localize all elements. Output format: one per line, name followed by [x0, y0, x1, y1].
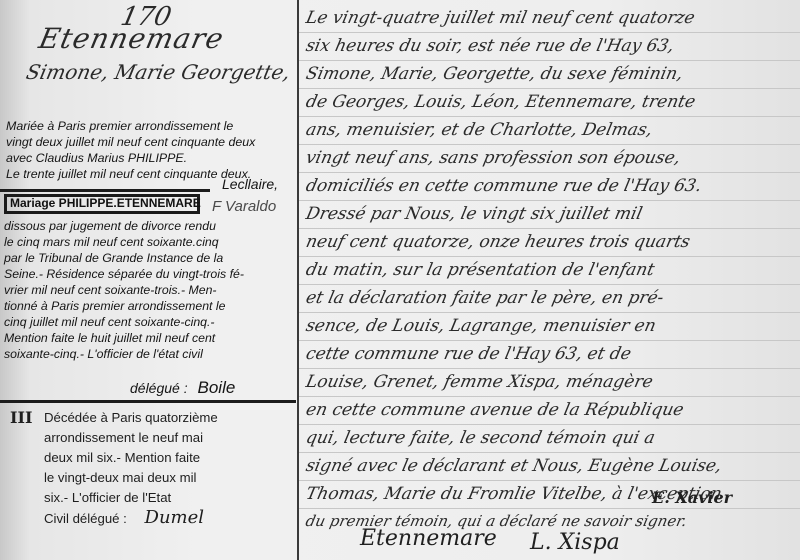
act-line: du matin, sur la présentation de l'enfan… — [304, 260, 656, 280]
act-line: Le vingt-quatre juillet mil neuf cent qu… — [304, 8, 697, 28]
given-names: Simone, Marie Georgette, — [24, 60, 293, 84]
act-line: signé avec le déclarant et Nous, Eugène … — [304, 456, 724, 476]
death-note-line: Décédée à Paris quatorzième — [44, 408, 218, 428]
act-line: ans, menuisier, et de Charlotte, Delmas, — [304, 120, 654, 140]
divorce-note-line: cinq juillet mil neuf cent soixante-cinq… — [4, 314, 244, 330]
officer-signature: Boile — [198, 378, 236, 397]
divorce-note-line: Seine.- Résidence séparée du vingt-trois… — [4, 266, 244, 282]
act-line: Simone, Marie, Georgette, du sexe fémini… — [304, 64, 685, 84]
surname-heading: Etennemare — [36, 22, 227, 55]
act-line: cette commune rue de l'Hay 63, et de — [304, 344, 633, 364]
death-note: Décédée à Paris quatorzième arrondisseme… — [44, 408, 218, 529]
death-note-number: III — [10, 408, 32, 427]
divorce-note-line: Mention faite le huit juillet mil neuf c… — [4, 330, 244, 346]
act-body: Le vingt-quatre juillet mil neuf cent qu… — [300, 0, 800, 560]
act-line: neuf cent quatorze, onze heures trois qu… — [304, 232, 692, 252]
death-note-signature: Dumel — [145, 507, 205, 528]
act-line: Louise, Grenet, femme Xispa, ménagère — [304, 372, 655, 392]
act-line: domiciliés en cette commune rue de l'Hay… — [304, 176, 703, 196]
signature-label: délégué : — [130, 380, 188, 396]
divorce-note-line: par le Tribunal de Grande Instance de la — [4, 250, 244, 266]
divorce-note-signature-block: délégué : Boile — [130, 378, 235, 398]
divorce-note-line: tionné à Paris premier arrondissement le — [4, 298, 244, 314]
act-line: et la déclaration faite par le père, en … — [304, 288, 665, 308]
divorce-note-line: soixante-cinq.- L'officier de l'état civ… — [4, 346, 244, 362]
marriage-note: Mariée à Paris premier arrondissement le… — [6, 118, 255, 182]
death-note-line: arrondissement le neuf mai — [44, 428, 218, 448]
divorce-note-line: le cinq mars mil neuf cent soixante.cinq — [4, 234, 244, 250]
column-divider — [297, 0, 299, 560]
declarant-signature: Etennemare — [360, 526, 497, 551]
divorce-header: Mariage PHILIPPE.ETENNEMARE — [10, 196, 201, 210]
marriage-note-line: avec Claudius Marius PHILIPPE. — [6, 150, 255, 166]
marriage-note-signature: Lecllaire, — [222, 176, 278, 192]
marriage-note-line: Le trente juillet mil neuf cent cinquant… — [6, 166, 255, 182]
marriage-note-signature-2: F Varaldo — [212, 198, 276, 215]
marriage-note-line: Mariée à Paris premier arrondissement le — [6, 118, 255, 134]
officer-signature: E. Xavier — [652, 488, 732, 507]
section-rule — [0, 400, 296, 403]
act-line: vingt neuf ans, sans profession son épou… — [304, 148, 682, 168]
act-line: de Georges, Louis, Léon, Etennemare, tre… — [304, 92, 697, 112]
death-note-line: Civil délégué : — [44, 511, 127, 526]
act-line: sence, de Louis, Lagrange, menuisier en — [304, 316, 658, 336]
death-note-line: deux mil six.- Mention faite — [44, 448, 218, 468]
margin-column: 170 Etennemare Simone, Marie Georgette, … — [0, 0, 296, 560]
registry-page: 170 Etennemare Simone, Marie Georgette, … — [0, 0, 800, 560]
section-rule — [0, 189, 210, 192]
divorce-note: dissous par jugement de divorce rendu le… — [4, 218, 244, 362]
divorce-note-line: vrier mil neuf cent soixante-trois.- Men… — [4, 282, 244, 298]
witness-signature: L. Xispa — [530, 530, 620, 555]
act-line: qui, lecture faite, le second témoin qui… — [304, 428, 657, 448]
act-line: en cette commune avenue de la République — [304, 400, 686, 420]
act-line: six heures du soir, est née rue de l'Hay… — [304, 36, 676, 56]
death-note-line: le vingt-deux mai deux mil — [44, 468, 218, 488]
death-note-line: six.- L'officier de l'Etat — [44, 488, 218, 508]
act-line: Dressé par Nous, le vingt six juillet mi… — [304, 204, 644, 224]
marriage-note-line: vingt deux juillet mil neuf cent cinquan… — [6, 134, 255, 150]
divorce-note-line: dissous par jugement de divorce rendu — [4, 218, 244, 234]
